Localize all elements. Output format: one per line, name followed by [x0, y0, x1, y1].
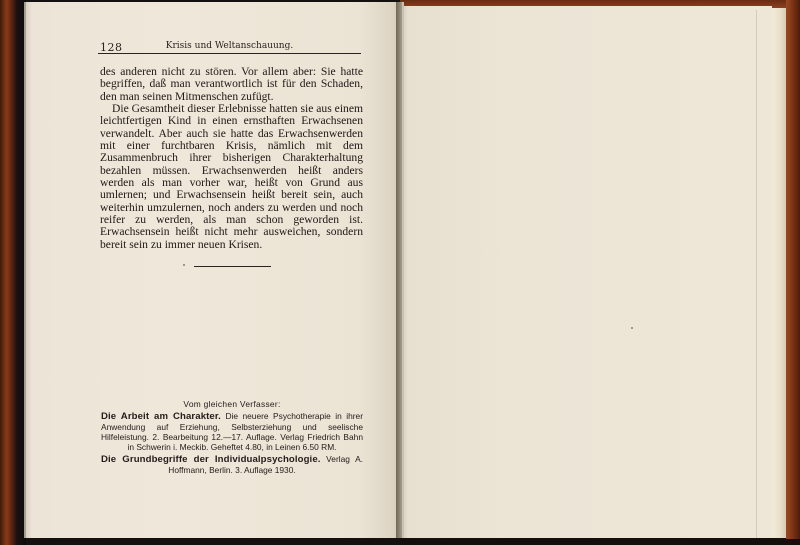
ad-entry: Die Arbeit am Charakter. Die neuere Psyc… — [101, 411, 363, 452]
right-page-blank — [398, 6, 772, 538]
book-cover-right-edge — [786, 0, 800, 545]
right-page-stack-edge — [772, 8, 786, 538]
ad-entry-title: Die Grundbegriffe der Individualpsycholo… — [101, 454, 321, 465]
ad-entry: Die Grundbegriffe der Individualpsycholo… — [101, 454, 363, 475]
paper-speck — [631, 327, 633, 329]
section-end-rule — [194, 266, 271, 267]
ad-caption: Vom gleichen Verfasser: — [101, 399, 363, 409]
publisher-advertisement: Vom gleichen Verfasser: Die Arbeit am Ch… — [101, 399, 363, 477]
book-cover-left-edge — [0, 0, 26, 545]
paragraph: Die Gesamtheit dieser Erlebnisse hatten … — [100, 103, 363, 251]
ad-entry-title: Die Arbeit am Charakter. — [101, 411, 221, 422]
page-header: 128 Krisis und Weltanschauung. — [98, 38, 361, 54]
body-text: des anderen nicht zu stören. Vor allem a… — [100, 66, 363, 251]
book-spine-gutter — [396, 2, 402, 538]
running-title: Krisis und Weltanschauung. — [98, 41, 361, 51]
paragraph: des anderen nicht zu stören. Vor allem a… — [100, 66, 363, 103]
paper-speck — [183, 264, 185, 266]
book-cover-bottom-edge — [400, 539, 800, 545]
